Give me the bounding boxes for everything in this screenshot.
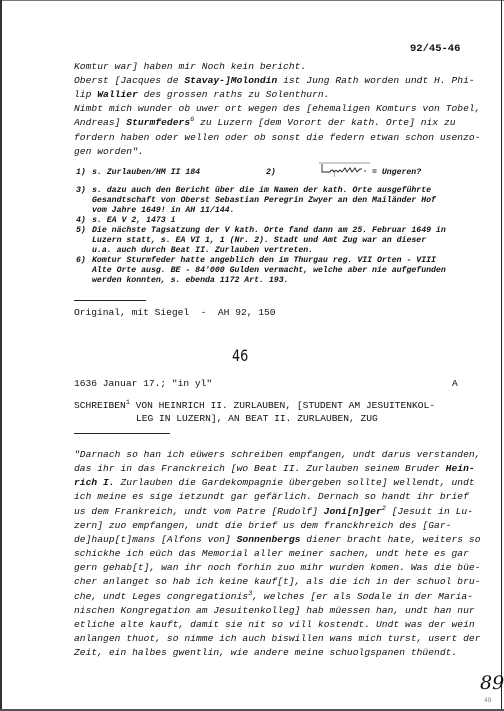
- letter-line: us dem Frankreich, undt vom Patre [Rudol…: [74, 506, 473, 517]
- footnote-text: werden konnten, s. ebenda 1172 Art. 193.: [92, 276, 289, 285]
- page-reference: 92/45-46: [410, 43, 460, 55]
- footnote-text: s. EA V 2, 1473 i: [92, 216, 176, 225]
- footnote-text: u.a. auch durch Beat II. Zurlauben vertr…: [92, 246, 313, 255]
- letter-line: schickhe ich eüch das Memorial aller mei…: [74, 548, 469, 559]
- footnote-text: Komtur Sturmfeder hatte angeblich den im…: [92, 256, 436, 265]
- footnote-text: Luzern statt, s. EA VI 1, 1 (Nr. 2). Sta…: [92, 236, 426, 245]
- footnote-1-number: 1): [76, 168, 86, 177]
- letter-line: zern] zuo empfangen, undt die brief us d…: [74, 520, 451, 531]
- letter-line: Zeit, ein halbes gwentlin, wie andere me…: [74, 647, 457, 658]
- text-run: de]haup[t]mans [Alfons von]: [74, 534, 237, 545]
- text-run: Andreas]: [74, 117, 126, 128]
- text-run: Nimbt mich wunder ob uwer ort wegen des …: [74, 103, 481, 114]
- footnote-number: 5): [76, 226, 86, 235]
- date-line: 1636 Januar 17.; "in yl": [74, 378, 212, 389]
- text-run: gen worden".: [74, 146, 144, 157]
- heading-rule: [74, 433, 170, 434]
- text-run: [Jesuit in Lu-: [386, 506, 473, 517]
- intro-line: Komtur war] haben mir Noch kein bericht.: [74, 61, 306, 72]
- text-run: Zeit, ein halbes gwentlin, wie andere me…: [74, 647, 457, 658]
- letter-line: nischen Kongregation am Jesuitenkolleg] …: [74, 605, 475, 616]
- text-run: etliche alte kauft, damit sie nit so vil…: [74, 619, 475, 630]
- text-run: "Darnach so han ich eüwers schreiben emp…: [74, 449, 481, 460]
- bold-name: Hein-: [446, 463, 475, 474]
- bold-name: Sonnenbergs: [237, 534, 301, 545]
- text-run: zern] zuo empfangen, undt die brief us d…: [74, 520, 451, 531]
- text-run: schickhe ich eüch das Memorial aller mei…: [74, 548, 469, 559]
- bold-name: rich I.: [74, 477, 115, 488]
- intro-line: Andreas] Sturmfeders6 zu Luzern [dem Vor…: [74, 117, 456, 128]
- text-run: us dem Frankreich, undt vom Patre [Rudol…: [74, 506, 324, 517]
- letter-line: rich I. Zurlauben die Gardekompagnie übe…: [74, 477, 475, 488]
- heading-schreiben: SCHREIBEN: [74, 400, 126, 411]
- text-run: cher anlanget so hab ich keine kauf[t], …: [74, 576, 481, 587]
- letter-line: anlangen thuot, so nimme ich auch biswil…: [74, 633, 481, 644]
- footnote-2-number: 2): [266, 168, 276, 177]
- text-run: anlangen thuot, so nimme ich auch biswil…: [74, 633, 481, 644]
- letter-line: che, undt Leges congregationis3, welches…: [74, 591, 473, 602]
- letter-line: das ihr in das Franckreich [wo Beat II. …: [74, 463, 475, 474]
- source-note: Original, mit Siegel - AH 92, 150: [74, 307, 276, 318]
- letter-line: ich meine es sige ietzundt gar gefärlich…: [74, 491, 469, 502]
- bold-name: Joni[n]ger: [324, 506, 382, 517]
- text-run: gern gehab[t], wan ihr noch forhin zuo m…: [74, 562, 481, 573]
- text-run: Zurlauben die Gardekompagnie übergeben s…: [115, 477, 475, 488]
- text-run: , welches [er als Sodale in der Maria-: [252, 591, 473, 602]
- bold-name: Sturmfeders: [126, 117, 190, 128]
- scan-border-top: [0, 0, 504, 1]
- scan-border-left: [0, 0, 2, 711]
- text-run: ich meine es sige ietzundt gar gefärlich…: [74, 491, 469, 502]
- letter-line: cher anlanget so hab ich keine kauf[t], …: [74, 576, 481, 587]
- letter-line: etliche alte kauft, damit sie nit so vil…: [74, 619, 475, 630]
- footnote-text: Die nächste Tagsatzung der V kath. Orte …: [92, 226, 446, 235]
- document-number: 46: [232, 346, 248, 365]
- letter-line: gern gehab[t], wan ihr noch forhin zuo m…: [74, 562, 481, 573]
- bold-name: Stavay-]Molondin: [184, 75, 277, 86]
- footnote-2-text: = Ungeren?: [372, 168, 421, 177]
- footnote-text: Alte Orte ausg. BE - 84'000 Gulden verma…: [92, 266, 446, 275]
- handwritten-page-number: 89: [480, 672, 504, 694]
- intro-line: gen worden".: [74, 146, 144, 157]
- text-run: fordern haben oder wellen oder ob sonst …: [74, 132, 481, 143]
- heading-rest: VON HEINRICH II. ZURLAUBEN, [STUDENT AM …: [130, 400, 435, 411]
- scan-border-right: [501, 0, 502, 711]
- footnote-text: vom Jahre 1649! in AH 11/144.: [92, 206, 235, 215]
- text-run: nischen Kongregation am Jesuitenkolleg] …: [74, 605, 475, 616]
- letter-heading-line-2: LEG IN LUZERN], AN BEAT II. ZURLAUBEN, Z…: [136, 413, 378, 424]
- footnote-1-text: s. Zurlauben/HM II 184: [92, 168, 200, 177]
- bold-name: Wallier: [97, 89, 138, 100]
- footnote-number: 6): [76, 256, 86, 265]
- intro-line: fordern haben oder wellen oder ob sonst …: [74, 132, 481, 143]
- date-marker: A: [452, 378, 458, 389]
- footnote-number: 4): [76, 216, 86, 225]
- text-run: das ihr in das Franckreich [wo Beat II. …: [74, 463, 446, 474]
- letter-heading-line-1: SCHREIBEN1 VON HEINRICH II. ZURLAUBEN, […: [74, 400, 435, 411]
- text-run: che, undt Leges congregationis: [74, 591, 248, 602]
- footnote-text: Gesandtschaft von Oberst Sebastian Pereg…: [92, 196, 436, 205]
- letter-line: de]haup[t]mans [Alfons von] Sonnenbergs …: [74, 534, 481, 545]
- handwritten-small-number: 49: [484, 697, 491, 704]
- text-run: Oberst [Jacques de: [74, 75, 184, 86]
- footnote-text: s. dazu auch den Bericht über die im Nam…: [92, 186, 431, 195]
- intro-line: Nimbt mich wunder ob uwer ort wegen des …: [74, 103, 481, 114]
- text-run: zu Luzern [dem Vorort der kath. Orte] ni…: [194, 117, 455, 128]
- text-run: Komtur war] haben mir Noch kein bericht.: [74, 61, 306, 72]
- intro-line: lip Wallier des grossen raths zu Solenth…: [74, 89, 330, 100]
- text-run: diener bracht hate, weiters so: [301, 534, 481, 545]
- handwritten-word-image: [318, 162, 370, 182]
- text-run: ist Jung Rath worden undt H. Phi-: [277, 75, 474, 86]
- separator-rule: [74, 300, 146, 301]
- letter-line: "Darnach so han ich eüwers schreiben emp…: [74, 449, 481, 460]
- footnote-number: 3): [76, 186, 86, 195]
- text-run: des grossen raths zu Solenthurn.: [138, 89, 330, 100]
- intro-line: Oberst [Jacques de Stavay-]Molondin ist …: [74, 75, 475, 86]
- text-run: lip: [74, 89, 97, 100]
